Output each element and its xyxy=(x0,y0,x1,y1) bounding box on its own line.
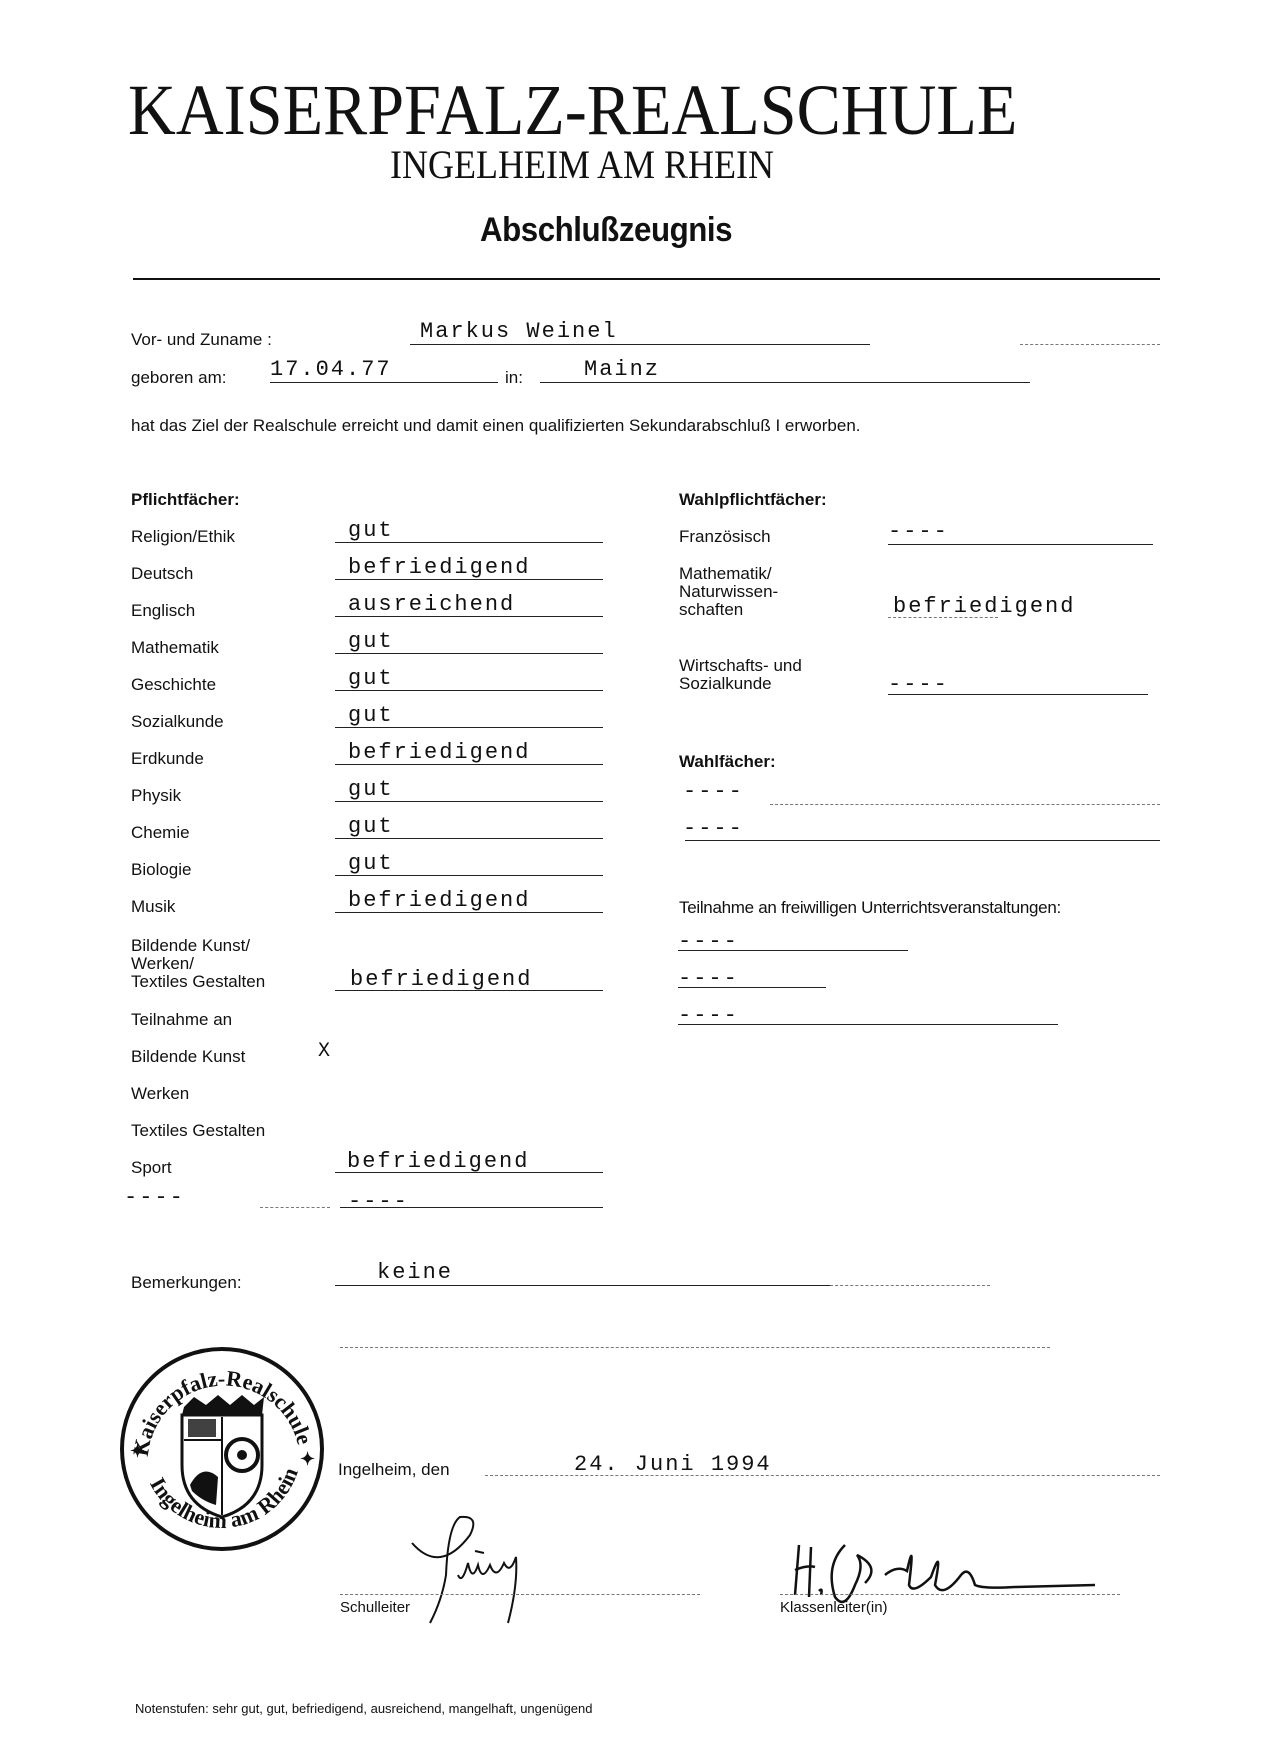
wahlpflicht-heading: Wahlpflichtfächer: xyxy=(679,490,827,510)
subject-label: Mathematik xyxy=(131,638,219,658)
wahlfach-entry: ---- xyxy=(683,780,744,804)
grade-line xyxy=(335,838,603,839)
subject-label: Englisch xyxy=(131,601,195,621)
coat-of-arms-icon xyxy=(182,1395,264,1517)
grade-line xyxy=(335,801,603,802)
sport-label: Sport xyxy=(131,1158,172,1178)
subject-grade: ausreichend xyxy=(348,593,515,617)
remarks-value: keine xyxy=(377,1261,453,1285)
subject-grade: gut xyxy=(348,778,394,802)
wahlfaecher-heading: Wahlfächer: xyxy=(679,752,776,772)
subject-label: Chemie xyxy=(131,823,190,843)
subject-label: Sozialkunde xyxy=(131,712,224,732)
place-label: in: xyxy=(505,368,523,388)
remarks-label: Bemerkungen: xyxy=(131,1273,242,1293)
wahlpflicht-subject-label: Französisch xyxy=(679,527,771,547)
wahlpflicht-subject-label: Wirtschafts- und Sozialkunde xyxy=(679,657,802,693)
grade-line xyxy=(335,875,603,876)
qualification-statement: hat das Ziel der Realschule erreicht und… xyxy=(131,416,861,436)
label-line: Wirtschafts- und xyxy=(679,657,802,675)
date-line xyxy=(485,1475,1160,1476)
grade-line xyxy=(335,579,603,580)
remarks-line-2 xyxy=(340,1347,1050,1348)
header-divider xyxy=(133,278,1160,280)
grade-line xyxy=(335,727,603,728)
teilnahme-option-label: Textiles Gestalten xyxy=(131,1121,265,1141)
subject-label: Physik xyxy=(131,786,181,806)
born-label: geboren am: xyxy=(131,368,226,388)
freiwillig-line xyxy=(678,950,908,951)
extra-subject-grade: ---- xyxy=(348,1190,409,1214)
svg-text:✦: ✦ xyxy=(130,1441,145,1461)
freiwillig-line xyxy=(678,1024,1058,1025)
name-line xyxy=(410,344,870,345)
teacher-label: Klassenleiter(in) xyxy=(780,1600,888,1616)
svg-text:Ingelheim am Rhein: Ingelheim am Rhein xyxy=(145,1464,303,1533)
teilnahme-option-label: Bildende Kunst xyxy=(131,1047,245,1067)
principal-signature xyxy=(400,1505,600,1625)
sport-grade: befriedigend xyxy=(347,1150,529,1174)
grade-line xyxy=(335,542,603,543)
remarks-line-tail xyxy=(830,1285,990,1286)
kunst-label-line: Werken/ xyxy=(131,955,265,973)
wahlfach-line xyxy=(770,804,1160,805)
extra-subject-label: ---- xyxy=(124,1186,185,1210)
subject-label: Biologie xyxy=(131,860,192,880)
teilnahme-option-label: Werken xyxy=(131,1084,189,1104)
wahlfach-line xyxy=(685,840,1160,841)
wahlpflicht-line xyxy=(888,544,1153,545)
wahlpflicht-line xyxy=(888,617,998,618)
subject-label: Geschichte xyxy=(131,675,216,695)
wahlpflicht-subject-grade: befriedigend xyxy=(893,595,1075,619)
wahlfach-entry: ---- xyxy=(683,817,744,841)
principal-signature-line xyxy=(340,1594,700,1595)
subject-grade: gut xyxy=(348,519,394,543)
remarks-line xyxy=(335,1285,830,1286)
subject-grade: befriedigend xyxy=(348,741,530,765)
stamp-bottom-text: Ingelheim am Rhein xyxy=(145,1464,303,1533)
kunst-line xyxy=(335,990,603,991)
grade-scale-note: Notenstufen: sehr gut, gut, befriedigend… xyxy=(135,1701,593,1717)
principal-label: Schulleiter xyxy=(340,1600,410,1616)
wahlpflicht-line xyxy=(888,694,1148,695)
kunst-label: Bildende Kunst/ Werken/ Textiles Gestalt… xyxy=(131,937,265,991)
school-stamp: Kaiserpfalz-Realschule Ingelheim am Rhei… xyxy=(118,1345,326,1553)
extra-line xyxy=(340,1207,603,1208)
name-line-tail xyxy=(1020,344,1160,345)
subject-label: Religion/Ethik xyxy=(131,527,235,547)
grade-line xyxy=(335,764,603,765)
subject-label: Deutsch xyxy=(131,564,193,584)
issue-date: 24. Juni 1994 xyxy=(574,1453,772,1477)
grade-line xyxy=(335,912,603,913)
grade-line xyxy=(335,616,603,617)
subject-grade: gut xyxy=(348,704,394,728)
subject-label: Erdkunde xyxy=(131,749,204,769)
school-name: KAISERPFALZ-REALSCHULE xyxy=(128,70,1085,150)
teilnahme-heading: Teilnahme an xyxy=(131,1010,232,1030)
label-line: schaften xyxy=(679,601,778,619)
name-value: Markus Weinel xyxy=(420,320,618,344)
wahlpflicht-subject-label: Mathematik/ Naturwissen- schaften xyxy=(679,565,778,619)
sport-line xyxy=(335,1172,603,1173)
grade-line xyxy=(335,690,603,691)
kunst-label-line: Bildende Kunst/ xyxy=(131,937,265,955)
teacher-signature-line xyxy=(780,1594,1120,1595)
school-city: INGELHEIM AM RHEIN xyxy=(390,143,774,187)
subject-grade: befriedigend xyxy=(348,889,530,913)
label-line: Mathematik/ xyxy=(679,565,778,583)
subject-grade: gut xyxy=(348,630,394,654)
teilnahme-checkbox-bildende-kunst: X xyxy=(318,1040,332,1064)
subject-label: Musik xyxy=(131,897,175,917)
place-line xyxy=(540,382,1030,383)
grade-line xyxy=(335,653,603,654)
subject-grade: gut xyxy=(348,852,394,876)
label-line: Naturwissen- xyxy=(679,583,778,601)
subject-grade: gut xyxy=(348,815,394,839)
label-line: Sozialkunde xyxy=(679,675,802,693)
place-date-label: Ingelheim, den xyxy=(338,1460,450,1480)
subject-grade: gut xyxy=(348,667,394,691)
wahlpflicht-subject-grade: ---- xyxy=(888,520,949,544)
pflichtfaecher-heading: Pflichtfächer: xyxy=(131,490,240,510)
subject-grade: befriedigend xyxy=(348,556,530,580)
document-title: Abschlußzeugnis xyxy=(480,210,732,250)
born-line xyxy=(270,382,498,383)
kunst-grade: befriedigend xyxy=(350,968,532,992)
freiwillig-heading: Teilnahme an freiwilligen Unterrichtsver… xyxy=(679,898,1061,918)
svg-text:✦: ✦ xyxy=(300,1449,315,1469)
kunst-label-line: Textiles Gestalten xyxy=(131,973,265,991)
extra-line-left xyxy=(260,1207,330,1208)
born-value: 17.04.77 xyxy=(270,358,392,382)
name-label: Vor- und Zuname : xyxy=(131,330,272,350)
place-value: Mainz xyxy=(584,358,660,382)
freiwillig-line xyxy=(678,987,826,988)
